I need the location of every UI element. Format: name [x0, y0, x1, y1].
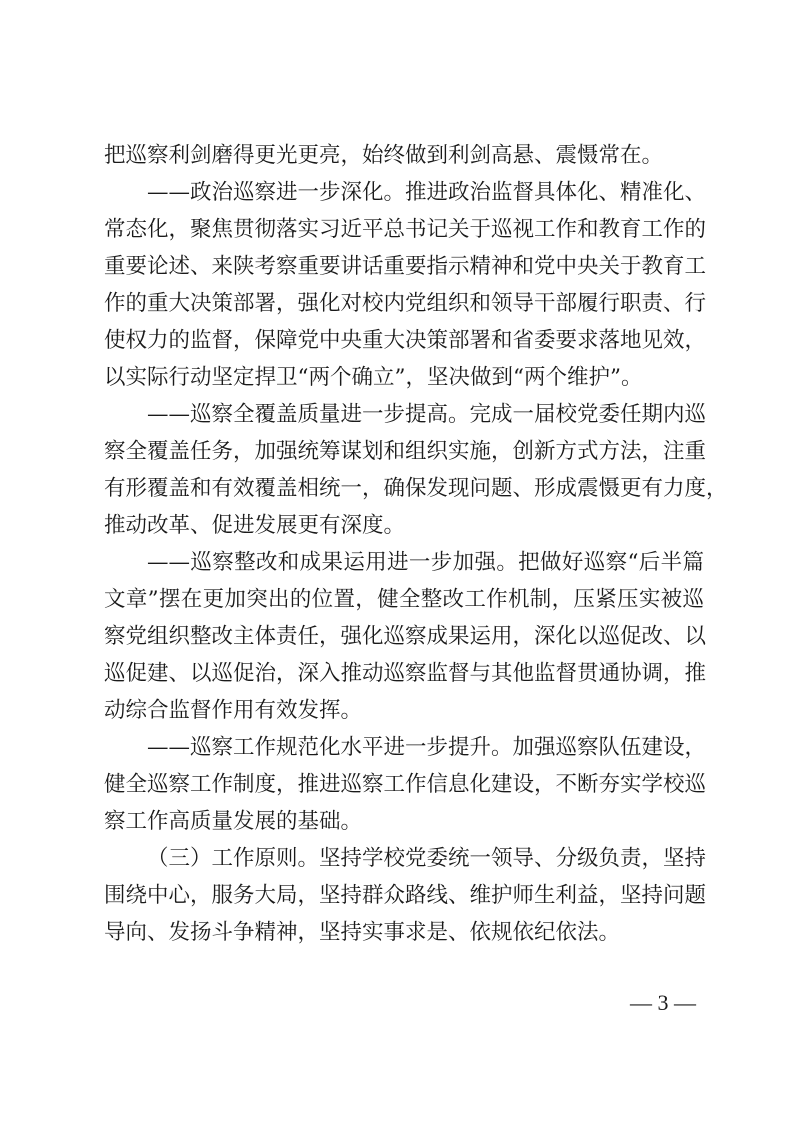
body-text: 把巡察利剑磨得更光更亮，始终做到利剑高悬、震慑常在。 ——政治巡察进一步深化。推…	[104, 137, 704, 951]
section-heading-standardization: ——巡察工作规范化水平进一步提升。加强巡察队伍建设，	[104, 729, 704, 766]
page-number: — 3 —	[630, 990, 710, 1016]
text-line: 文章”摆在更加突出的位置，健全整改工作机制，压紧压实被巡	[104, 581, 704, 618]
text-line: 使权力的监督，保障党中央重大决策部署和省委要求落地见效，	[104, 322, 704, 359]
text-line: 察党组织整改主体责任，强化巡察成果运用，深化以巡促改、以	[104, 618, 704, 655]
text-line: 推动改革、促进发展更有深度。	[104, 507, 704, 544]
text-line: 以实际行动坚定捍卫“两个确立”，坚决做到“两个维护”。	[104, 359, 704, 396]
text-line: 动综合监督作用有效发挥。	[104, 692, 704, 729]
text-line: 察全覆盖任务，加强统筹谋划和组织实施，创新方式方法，注重	[104, 433, 704, 470]
text-line: 有形覆盖和有效覆盖相统一，确保发现问题、形成震慑更有力度，	[104, 470, 704, 507]
text-line: 巡促建、以巡促治，深入推动巡察监督与其他监督贯通协调，推	[104, 655, 704, 692]
text-line: 作的重大决策部署，强化对校内党组织和领导干部履行职责、行	[104, 285, 704, 322]
document-page: 把巡察利剑磨得更光更亮，始终做到利剑高悬、震慑常在。 ——政治巡察进一步深化。推…	[0, 0, 793, 1122]
text-line: 察工作高质量发展的基础。	[104, 803, 704, 840]
text-line: 围绕中心，服务大局，坚持群众路线、维护师生利益，坚持问题	[104, 877, 704, 914]
section-heading-full-coverage: ——巡察全覆盖质量进一步提高。完成一届校党委任期内巡	[104, 396, 704, 433]
section-heading-political-inspection: ——政治巡察进一步深化。推进政治监督具体化、精准化、	[104, 174, 704, 211]
text-line: 把巡察利剑磨得更光更亮，始终做到利剑高悬、震慑常在。	[104, 137, 704, 174]
text-line: 重要论述、来陕考察重要讲话重要指示精神和党中央关于教育工	[104, 248, 704, 285]
text-line: 常态化，聚焦贯彻落实习近平总书记关于巡视工作和教育工作的	[104, 211, 704, 248]
section-heading-work-principles: （三）工作原则。坚持学校党委统一领导、分级负责，坚持	[104, 840, 704, 877]
text-line: 导向、发扬斗争精神，坚持实事求是、依规依纪依法。	[104, 914, 704, 951]
text-line: 健全巡察工作制度，推进巡察工作信息化建设，不断夯实学校巡	[104, 766, 704, 803]
section-heading-rectification: ——巡察整改和成果运用进一步加强。把做好巡察“后半篇	[104, 544, 704, 581]
